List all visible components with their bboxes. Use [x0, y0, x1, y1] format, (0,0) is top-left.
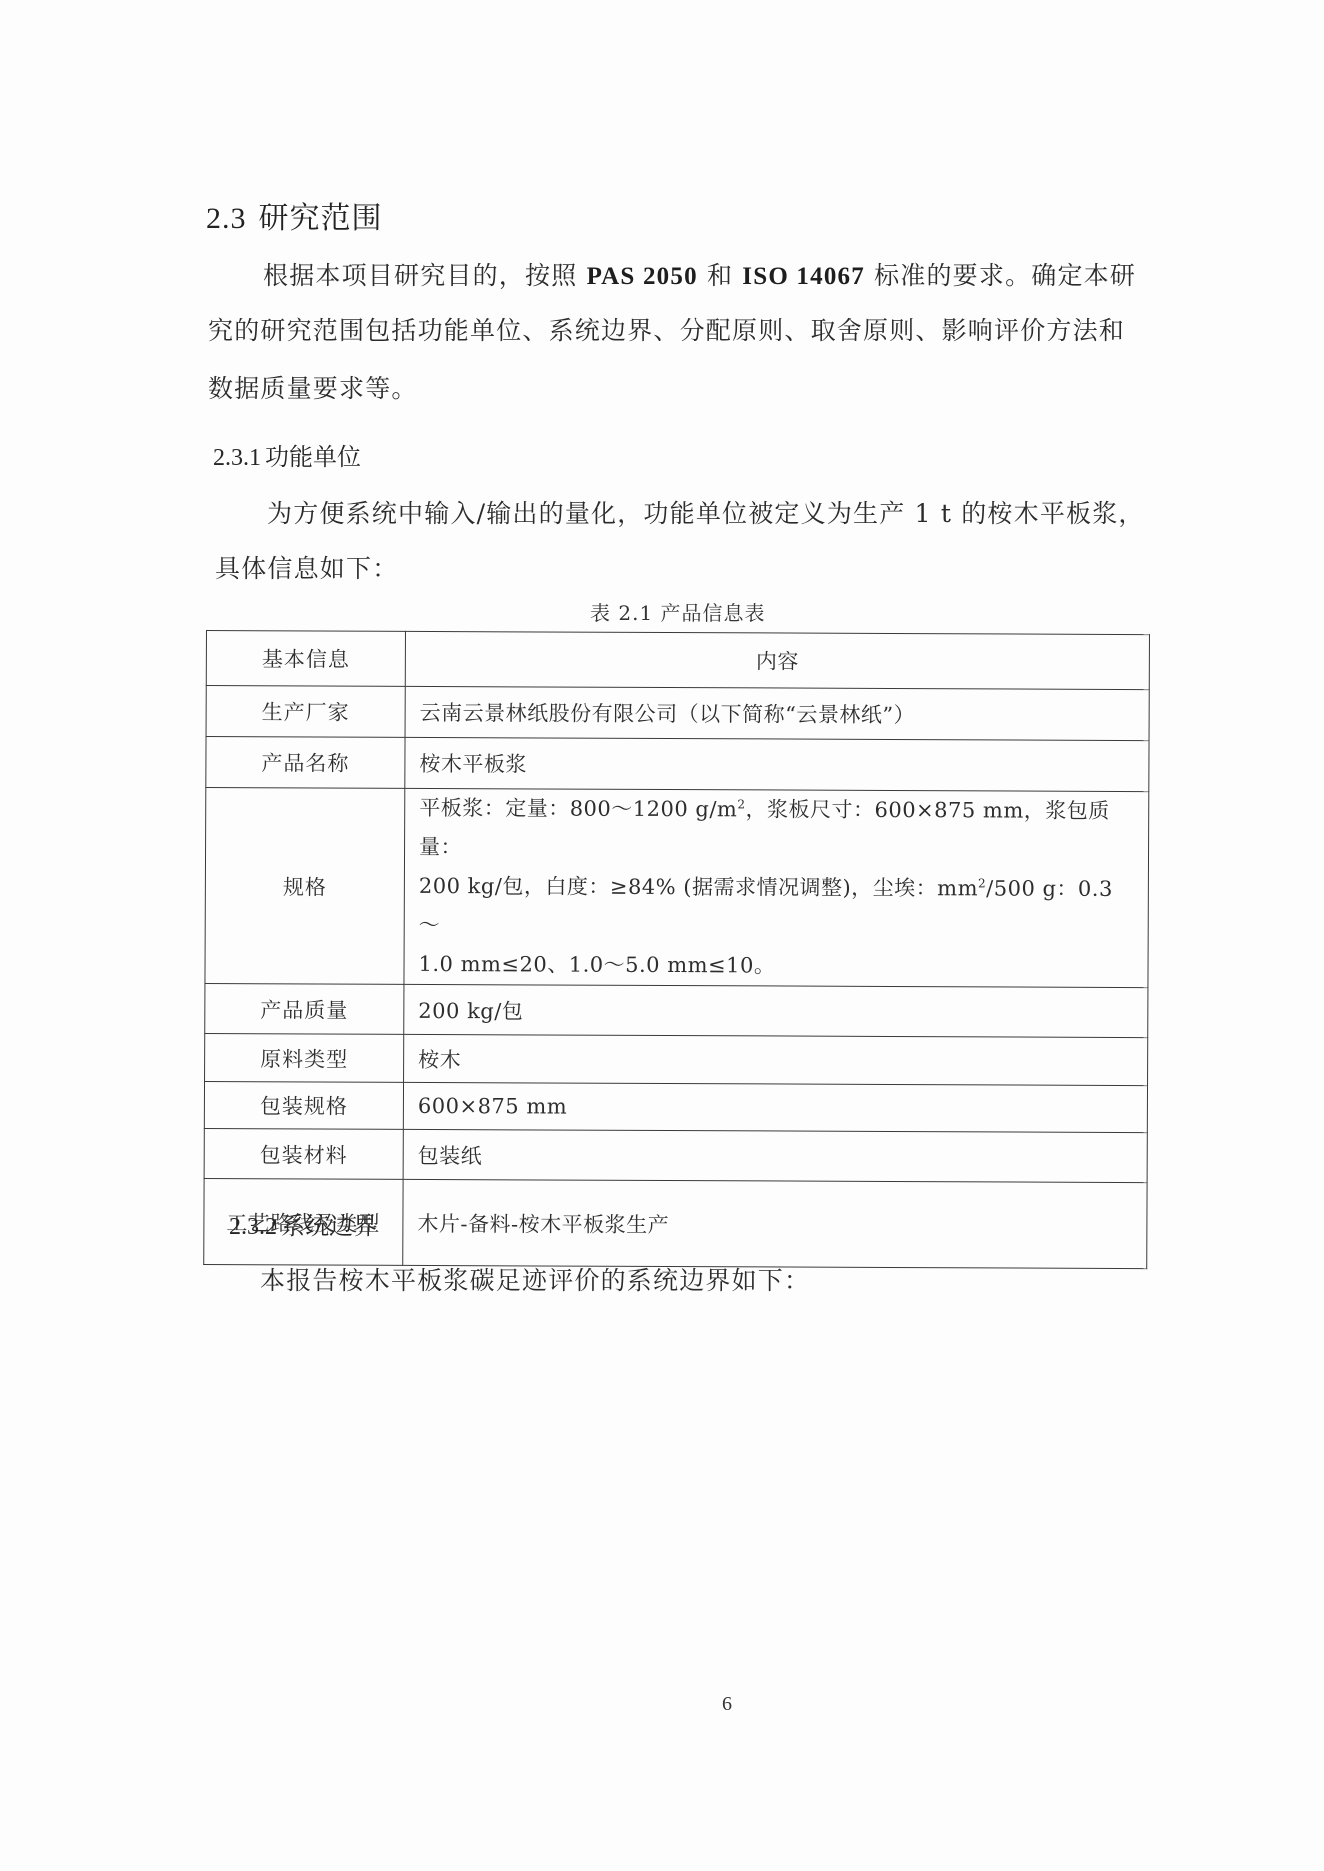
spec-line-2: 200 kg/包，白度：≥84% (据需求情况调整)，尘埃：mm2/500 g：… [419, 867, 1134, 948]
row-value: 桉木平板浆 [405, 737, 1149, 791]
functional-unit-line-1: 为方便系统中输入/输出的量化，功能单位被定义为生产 1 t 的桉木平板浆， [267, 494, 1145, 530]
spec-line-1: 平板浆：定量：800～1200 g/m2，浆板尺寸：600×875 mm，浆包质… [419, 789, 1134, 870]
spec-line-3: 1.0 mm≤20、1.0～5.0 mm≤10。 [418, 945, 1133, 987]
system-boundary-line-1: 本报告桉木平板浆碳足迹评价的系统边界如下： [260, 1261, 810, 1297]
functional-unit-line-2: 具体信息如下： [215, 549, 398, 585]
table-row: 生产厂家 云南云景林纸股份有限公司（以下简称“云景林纸”） [206, 686, 1149, 741]
table-row: 包装规格 600×875 mm [204, 1081, 1147, 1132]
spec-text: 平板浆：定量：800～1200 g/m [419, 796, 737, 821]
row-key: 包装规格 [204, 1081, 403, 1129]
product-info-table: 基本信息 内容 生产厂家 云南云景林纸股份有限公司（以下简称“云景林纸”） 产品… [203, 630, 1150, 1269]
subsection-number: 2.3.1 [213, 445, 261, 471]
row-value: 桉木 [404, 1034, 1148, 1085]
intro-paragraph-line-2: 究的研究范围包括功能单位、系统边界、分配原则、取舍原则、影响评价方法和 [208, 311, 1125, 347]
subsection-heading-functional-unit: 2.3.1功能单位 [213, 437, 361, 472]
row-value-spec: 平板浆：定量：800～1200 g/m2，浆板尺寸：600×875 mm，浆包质… [404, 788, 1149, 987]
subsection-heading-system-boundary: 2.3.2系统边界 [229, 1206, 377, 1241]
subsection-title: 系统边界 [281, 1212, 377, 1240]
row-value: 木片-备料-桉木平板浆生产 [403, 1179, 1147, 1268]
table-row: 产品质量 200 kg/包 [205, 983, 1148, 1037]
header-content: 内容 [405, 631, 1149, 689]
intro-paragraph-line-3: 数据质量要求等。 [208, 369, 418, 405]
subsection-title: 功能单位 [265, 443, 361, 471]
row-value: 云南云景林纸股份有限公司（以下简称“云景林纸”） [405, 686, 1149, 740]
row-key: 规格 [205, 788, 405, 985]
intro-text-a: 根据本项目研究目的，按照 [263, 261, 587, 290]
subsection-number: 2.3.2 [229, 1214, 277, 1240]
row-key: 包装材料 [204, 1128, 403, 1179]
standard-pas2050: PAS 2050 [587, 263, 698, 290]
table-row: 原料类型 桉木 [205, 1033, 1148, 1085]
page-number: 6 [722, 1693, 732, 1716]
table-row: 产品名称 桉木平板浆 [206, 737, 1149, 792]
row-value: 包装纸 [403, 1129, 1147, 1182]
section-number: 2.3 [206, 202, 247, 235]
intro-text-b: 和 [698, 261, 743, 290]
standard-iso14067: ISO 14067 [742, 263, 865, 290]
intro-paragraph-line-1: 根据本项目研究目的，按照 PAS 2050 和 ISO 14067 标准的要求。… [263, 256, 1136, 292]
row-value: 600×875 mm [403, 1082, 1147, 1132]
table-row: 包装材料 包装纸 [204, 1128, 1147, 1182]
header-basic-info: 基本信息 [206, 631, 405, 687]
row-key: 生产厂家 [206, 686, 405, 738]
spec-text: 1.0 mm≤20、1.0～5.0 mm≤10。 [418, 952, 775, 978]
table-row-spec: 规格 平板浆：定量：800～1200 g/m2，浆板尺寸：600×875 mm，… [205, 788, 1149, 988]
row-key: 产品质量 [205, 983, 404, 1034]
row-key: 原料类型 [205, 1033, 404, 1082]
section-title: 研究范围 [259, 201, 383, 236]
section-heading: 2.3研究范围 [206, 193, 383, 237]
row-key: 产品名称 [206, 737, 405, 789]
intro-text-c: 标准的要求。确定本研 [865, 261, 1136, 290]
table-header-row: 基本信息 内容 [206, 631, 1149, 690]
spec-text: 200 kg/包，白度：≥84% (据需求情况调整)，尘埃：mm [419, 874, 978, 900]
table-caption: 表 2.1 产品信息表 [590, 597, 766, 626]
row-value: 200 kg/包 [404, 984, 1148, 1037]
